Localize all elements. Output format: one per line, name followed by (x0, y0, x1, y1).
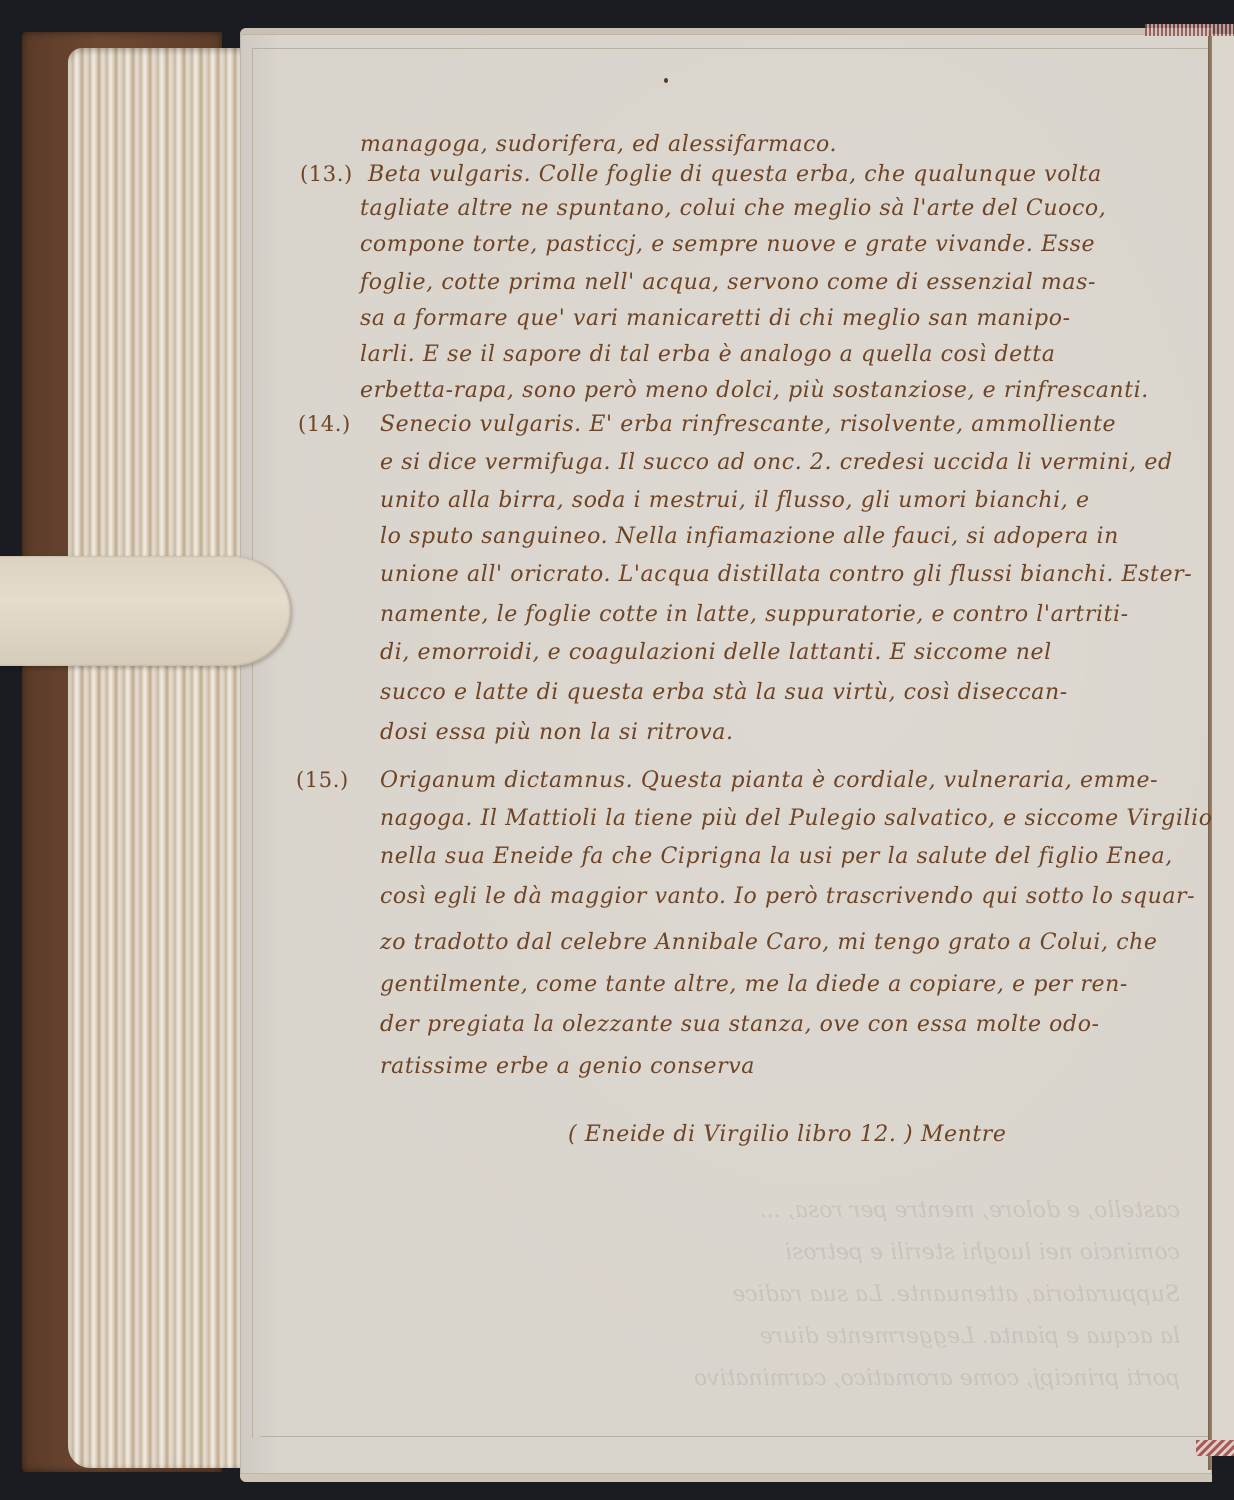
headband-top (1145, 24, 1234, 36)
show-through-line: comincio nei luoghi sterili e petrosi (620, 1232, 1180, 1274)
entry-number: (13.) (300, 162, 353, 186)
page-fore-edge (68, 48, 248, 1468)
manuscript-photo: castello, e dolore, mentre per rosa, ...… (0, 0, 1234, 1500)
page-edge-line (260, 1436, 1212, 1437)
entry-line: ratissime erbe a genio conserva (380, 1054, 755, 1079)
show-through-text: castello, e dolore, mentre per rosa, ...… (620, 1190, 1180, 1400)
entry-line: succo e latte di questa erba stà la sua … (380, 680, 1068, 705)
entry-line: Origanum dictamnus. Questa pianta è cord… (380, 768, 1158, 793)
headband-bottom (1196, 1440, 1234, 1456)
entry-line: larli. E se il sapore di tal erba è anal… (360, 342, 1055, 367)
entry-line: namente, le foglie cotte in latte, suppu… (380, 602, 1129, 627)
show-through-line: la acqua e pianta. Leggermente diure (620, 1316, 1180, 1358)
entry-line: così egli le dà maggior vanto. Io però t… (380, 884, 1195, 909)
entry-line: erbetta-rapa, sono però meno dolci, più … (360, 378, 1149, 403)
entry-line: tagliate altre ne spuntano, colui che me… (360, 196, 1106, 221)
facing-page-edge (1212, 34, 1234, 1446)
entry-line: gentilmente, come tante altre, me la die… (380, 972, 1128, 997)
ink-dot (664, 78, 668, 83)
entry-line: dosi essa più non la si ritrova. (380, 720, 734, 745)
entry-line: zo tradotto dal celebre Annibale Caro, m… (380, 930, 1158, 955)
show-through-line: castello, e dolore, mentre per rosa, ... (620, 1190, 1180, 1232)
entry-line: nagoga. Il Mattioli la tiene più del Pul… (380, 806, 1213, 831)
entry-line: sa a formare que' vari manicaretti di ch… (360, 306, 1071, 331)
show-through-line: porti principj, come aromatico, carminat… (620, 1358, 1180, 1400)
bone-folder-bookmark (0, 556, 292, 666)
entry-line: Beta vulgaris. Colle foglie di questa er… (368, 162, 1102, 187)
page-edge-line (252, 48, 253, 1438)
entry-line: lo sputo sanguineo. Nella infiamazione a… (380, 524, 1119, 549)
show-through-line: Suppuratoria, attenuante. La sua radice (620, 1274, 1180, 1316)
entry-line: compone torte, pasticcj, e sempre nuove … (360, 232, 1095, 257)
entry-line: der pregiata la olezzante sua stanza, ov… (380, 1012, 1100, 1037)
entry-number: (14.) (298, 412, 351, 436)
entry-line: di, emorroidi, e coagulazioni delle latt… (380, 640, 1052, 665)
page-edge-line (252, 48, 1212, 49)
entry-line: unito alla birra, soda i mestrui, il flu… (380, 488, 1090, 513)
entry-line: unione all' oricrato. L'acqua distillata… (380, 562, 1192, 587)
continuation-line: managoga, sudorifera, ed alessifarmaco. (360, 132, 837, 157)
entry-number: (15.) (296, 768, 349, 792)
entry-line: nella sua Eneide fa che Ciprigna la usi … (380, 844, 1173, 869)
entry-line: Senecio vulgaris. E' erba rinfrescante, … (380, 412, 1116, 437)
entry-line: foglie, cotte prima nell' acqua, servono… (360, 270, 1096, 295)
entry-line: e si dice vermifuga. Il succo ad onc. 2.… (380, 450, 1173, 475)
citation-line: ( Eneide di Virgilio libro 12. ) Mentre (568, 1122, 1007, 1147)
